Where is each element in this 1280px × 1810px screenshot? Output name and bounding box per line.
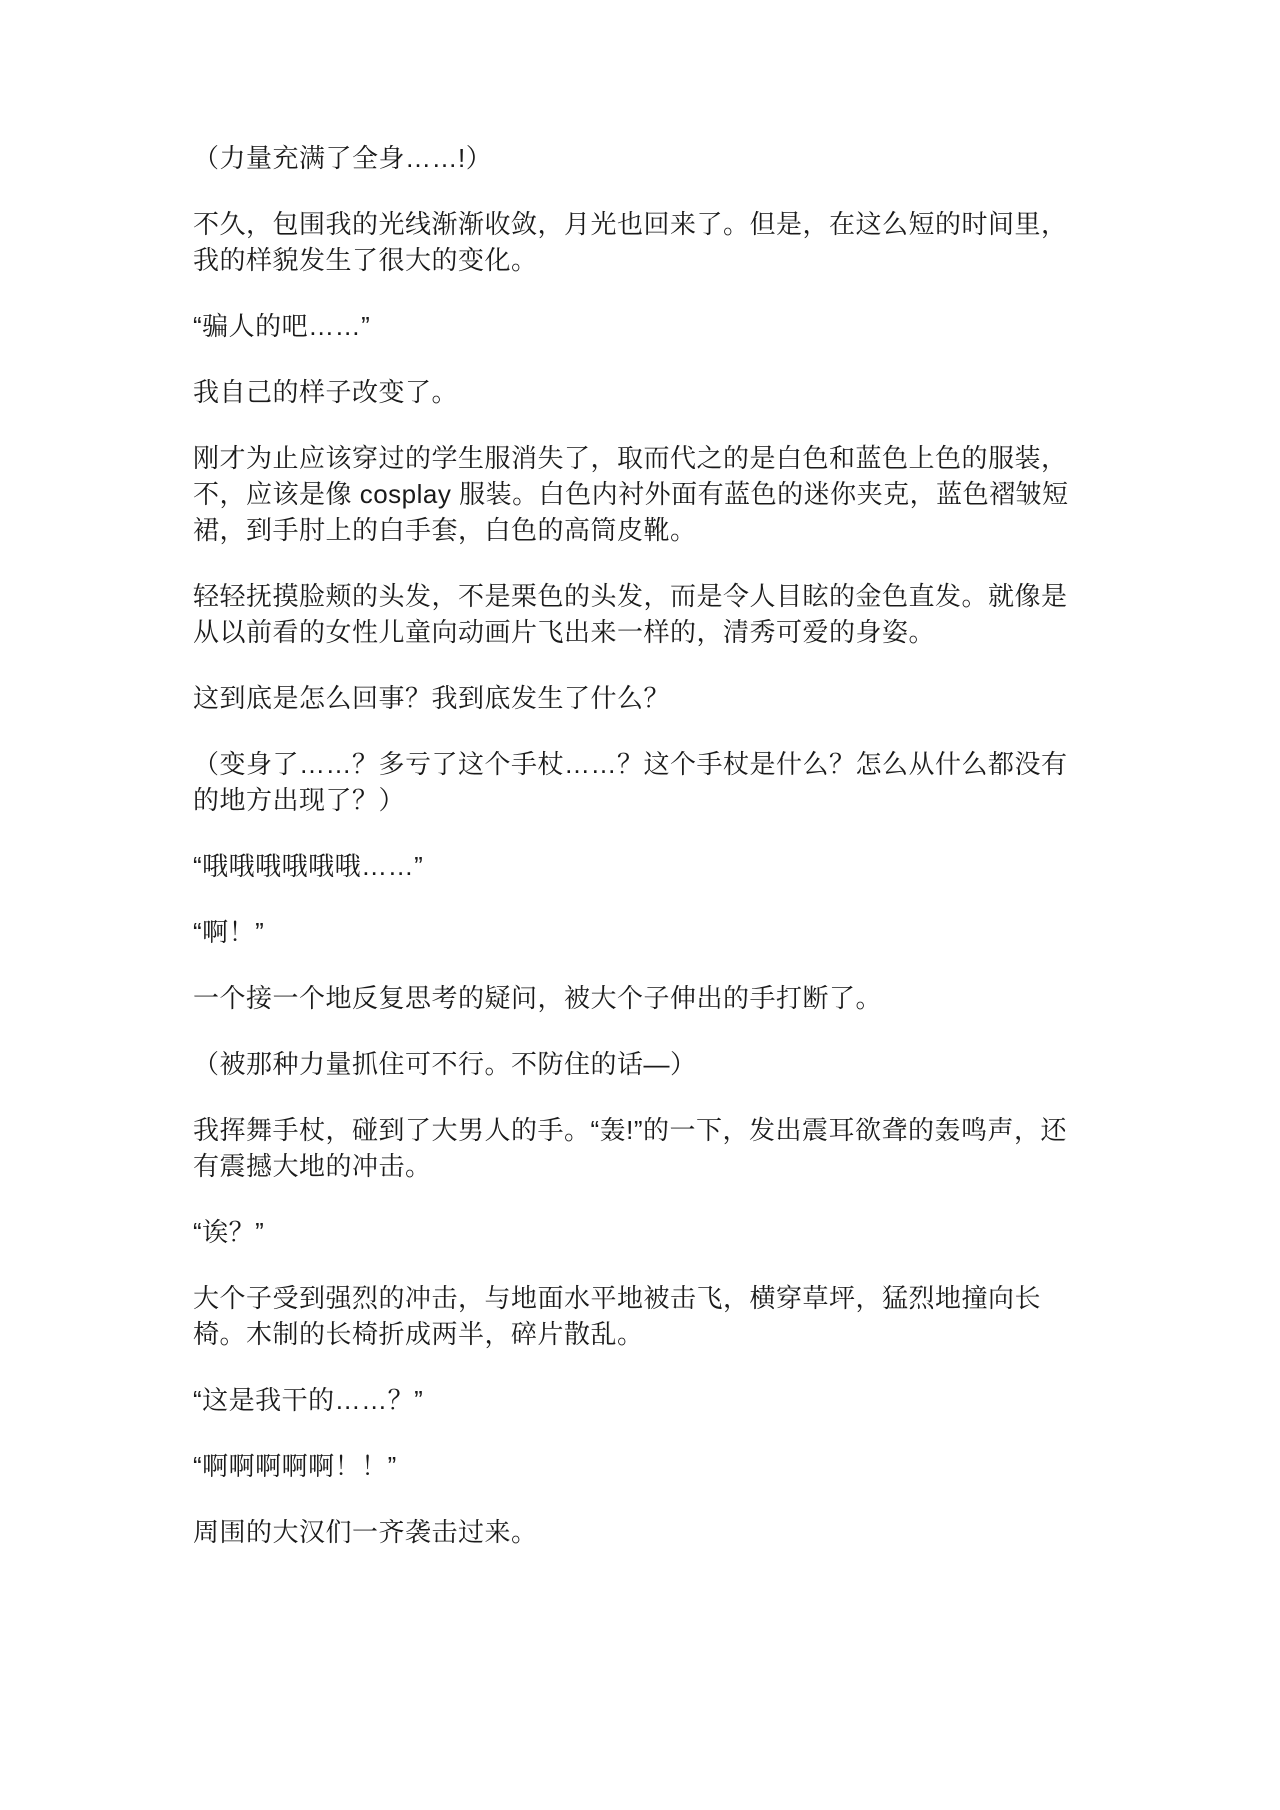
paragraph: 刚才为止应该穿过的学生服消失了，取而代之的是白色和蓝色上色的服装，不，应该是像 … <box>193 440 1087 548</box>
paragraph: 我自己的样子改变了。 <box>193 374 1087 410</box>
paragraph: “啊啊啊啊啊！！” <box>193 1448 1087 1484</box>
document-page: （力量充满了全身……!）不久，包围我的光线渐渐收敛，月光也回来了。但是，在这么短… <box>0 0 1280 1810</box>
paragraph: “哦哦哦哦哦哦……” <box>193 848 1087 884</box>
paragraph: “这是我干的……？” <box>193 1382 1087 1418</box>
paragraph: 这到底是怎么回事？我到底发生了什么？ <box>193 680 1087 716</box>
paragraph: “啊！” <box>193 914 1087 950</box>
paragraph: 不久，包围我的光线渐渐收敛，月光也回来了。但是，在这么短的时间里，我的样貌发生了… <box>193 206 1087 278</box>
paragraph: “骗人的吧……” <box>193 308 1087 344</box>
page-paragraphs: （力量充满了全身……!）不久，包围我的光线渐渐收敛，月光也回来了。但是，在这么短… <box>193 140 1087 1550</box>
paragraph: （变身了……？多亏了这个手杖……？这个手杖是什么？怎么从什么都没有的地方出现了？… <box>193 746 1087 818</box>
paragraph: （被那种力量抓住可不行。不防住的话—） <box>193 1046 1087 1082</box>
paragraph: 轻轻抚摸脸颊的头发，不是栗色的头发，而是令人目眩的金色直发。就像是从以前看的女性… <box>193 578 1087 650</box>
paragraph: 一个接一个地反复思考的疑问，被大个子伸出的手打断了。 <box>193 980 1087 1016</box>
paragraph: （力量充满了全身……!） <box>193 140 1087 176</box>
paragraph: 周围的大汉们一齐袭击过来。 <box>193 1514 1087 1550</box>
paragraph: 我挥舞手杖，碰到了大男人的手。“轰!”的一下，发出震耳欲聋的轰鸣声，还有震撼大地… <box>193 1112 1087 1184</box>
paragraph: “诶？” <box>193 1214 1087 1250</box>
paragraph: 大个子受到强烈的冲击，与地面水平地被击飞，横穿草坪，猛烈地撞向长椅。木制的长椅折… <box>193 1280 1087 1352</box>
